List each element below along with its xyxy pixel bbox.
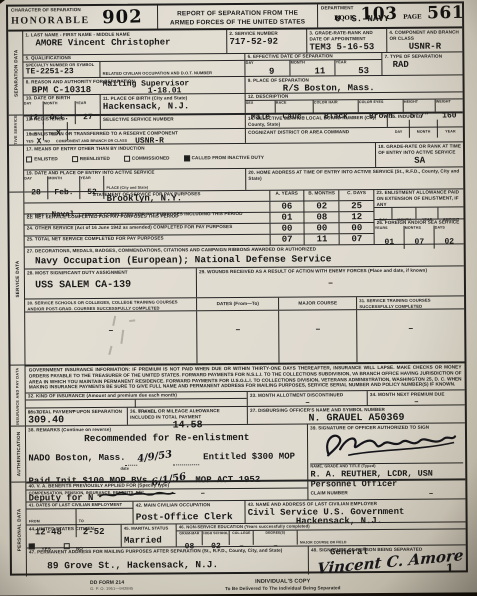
dates-cell: – xyxy=(197,311,279,364)
box-report-title: REPORT OF SEPARATION FROM THE ARMED FORC… xyxy=(158,4,318,28)
box-40-compensation-label: COMPENSATION, PENSION, INSURANCE, BENEFI… xyxy=(29,490,146,500)
box-6-month-label: MONTH xyxy=(291,61,305,66)
box-22-months: 08 xyxy=(304,213,339,223)
box-42-value: Post-Office Clerk xyxy=(136,511,243,523)
box-5-specialty-value: TE-2251-23 xyxy=(26,67,98,77)
box-24-days: 00 xyxy=(339,223,374,233)
title-line2: ARMED FORCES OF THE UNITED STATES xyxy=(161,18,314,28)
rail-personal-data: PERSONAL DATA xyxy=(16,508,21,551)
rail-selective-service-data: SELECTIVE SERVICE DATA xyxy=(14,115,18,145)
box-2-service-number: 2. SERVICE NUMBER 717-52-92 xyxy=(227,30,307,54)
box-12-height-label: HEIGHT xyxy=(404,100,435,105)
box-4-label: 4. COMPONENT AND BRANCH OR CLASS xyxy=(389,30,460,42)
box-7-value: RAD xyxy=(393,59,461,69)
box-46-college-label: COL-LEGE xyxy=(230,530,253,534)
box-28-value: USS SALEM CA-139 xyxy=(35,279,194,291)
box-40-claim-label: CLAIM NUMBER xyxy=(311,491,348,500)
box-16-yes-label: YES xyxy=(26,140,34,145)
box-12-eyes-label: COLOR EYES xyxy=(359,100,403,105)
form-header: CHARACTER OF SEPARATION HONORABLE 902 RE… xyxy=(8,3,462,29)
box-12-color-eyes: COLOR EYESBrown xyxy=(359,100,404,112)
schools-dash: – xyxy=(108,326,113,336)
footer-copy-subtitle: To Be Delivered To The Individual Being … xyxy=(225,585,341,592)
box-10-year-label: YEAR xyxy=(76,101,100,106)
rail-authentication: AUTHENTICATION xyxy=(16,432,21,477)
remarks-line1: Recommended for Re-enlistment xyxy=(28,432,305,445)
box-4-component-branch: 4. COMPONENT AND BRANCH OR CLASS USNR-R xyxy=(387,29,462,53)
box-14-local-board: 14. SELECTIVE SERVICE LOCAL BOARD NUMBER… xyxy=(246,114,388,128)
box-44-label: 44. UNITED STATES CITIZEN xyxy=(29,526,119,532)
box-46-highschool-label: HIGH SCHOOL xyxy=(203,531,229,535)
box-16-reserve-component: 16. ENLISTED IN OR TRANSFERRED TO A RESE… xyxy=(24,129,246,145)
box-42-label: 42. MAIN CIVILIAN OCCUPATION xyxy=(136,502,243,508)
box-22-years: 01 xyxy=(269,213,304,223)
box-48-person-signature: 48. SIGNATURE OF PERSON BEING SEPARATED … xyxy=(309,546,466,575)
box-47-label: 47. PERMANENT ADDRESS FOR MAILING PURPOS… xyxy=(29,548,306,556)
checkbox-called-from-inactive-duty xyxy=(184,155,190,161)
box-31-label: 31. SERVICE TRAINING COURSES SUCCESSFULL… xyxy=(359,298,462,309)
page-label: PAGE xyxy=(403,14,422,21)
box-11-place-of-birth: 11. PLACE OF BIRTH (City and State) Hack… xyxy=(101,94,246,114)
box-46-major-label: MAJOR COURSE OR FIELD xyxy=(300,540,347,544)
book-number: 103 xyxy=(360,4,397,25)
box-12-sex-label: SEX xyxy=(246,101,275,106)
option-called-inactive-label: CALLED FROM INACTIVE DUTY xyxy=(192,155,264,161)
box-26-years-label: YEARS xyxy=(375,226,404,231)
statement-of-service: STATEMENT OF SERVICE FOR PAY PURPOSES A.… xyxy=(24,189,463,247)
box-13-ssn-label: SELECTIVE SERVICE NUMBER xyxy=(103,116,243,123)
box-26-days-label: DAYS xyxy=(435,226,464,231)
box-5-qualifications: 5. QUALIFICATIONS SPECIALTY NUMBER OR SY… xyxy=(24,54,246,78)
box-18-label: 18. GRADE-RATE OR RANK AT TIME OF ENTRY … xyxy=(378,144,461,156)
box-16-no-label: NO xyxy=(44,140,50,145)
box-24-label: 24. OTHER SERVICE (Act of 16 June 1942 a… xyxy=(25,224,269,236)
page-number: 1 xyxy=(446,561,454,575)
box-36-label: 36. TRAVEL OR MILEAGE ALLOWANCE INCLUDED… xyxy=(130,408,245,420)
box-25-months: 11 xyxy=(304,235,339,245)
stamp-book-page: BOOK 103 PAGE 561 xyxy=(334,3,464,25)
box-32-kind-of-insurance: 32. KIND OF INSURANCE (Amount and premiu… xyxy=(26,392,248,408)
box-41-civilian-employment-dates: 41. DATES OF LAST CIVILIAN EMPLOYMENT FR… xyxy=(27,502,134,525)
major-course-cell: – xyxy=(279,310,357,363)
box-27-value: Navy Occupation (European); National Def… xyxy=(35,252,462,266)
box-12-race: RACECauc. xyxy=(276,100,314,112)
col-years-label: A. YEARS xyxy=(269,191,304,201)
box-19-entry-active-service: 19. DATE AND PLACE OF ENTRY INTO ACTIVE … xyxy=(24,169,246,192)
remarks-nado: NADO Boston, Mass. xyxy=(28,453,125,464)
statement-title: STATEMENT OF SERVICE FOR PAY PURPOSES xyxy=(25,191,269,203)
box-19-month-label: MONTH xyxy=(48,176,79,181)
box-10-month-label: MONTH xyxy=(44,101,75,106)
box-4-value: USNR-R xyxy=(389,41,460,51)
box-26-months-label: MONTHS xyxy=(405,226,434,231)
box-30-major-course-header: MAJOR COURSE xyxy=(279,297,357,310)
box-11-value: Hackensack, N.J. xyxy=(103,101,243,112)
box-15-inducted: 15. INDUCTED DAY MONTH YEAR xyxy=(388,114,463,128)
box-46-degrees-label: DEGREE(S) xyxy=(254,530,297,535)
box-23-enlistment-allowance: 23. ENLISTMENT ALLOWANCE PAID ON EXTENSI… xyxy=(374,190,463,221)
training-courses-cell: – xyxy=(357,310,464,363)
rail-insurance-pay-data: INSURANCE AND PAY DATA xyxy=(16,367,20,425)
box-40-claim-dash: – xyxy=(429,490,434,499)
box-6-month: MONTH11 xyxy=(291,60,336,75)
box-6-year-label: YEAR xyxy=(336,60,347,65)
col-months-label: B. MONTHS xyxy=(304,191,339,201)
box-12-weight: WEIGHT160 xyxy=(436,99,463,111)
photo-corner-shadow xyxy=(0,0,18,10)
dates-dash: – xyxy=(235,325,240,335)
box-6-year: YEAR53 xyxy=(336,60,381,75)
box-18-value: SA xyxy=(378,155,461,166)
box-18-grade-at-entry: 18. GRADE-RATE OR RANK AT TIME OF ENTRY … xyxy=(376,143,463,168)
checkbox-enlisted xyxy=(26,156,32,162)
box-35-total-payment: 35. TOTAL PAYMENT UPON SEPARATION 309.40 xyxy=(26,408,128,426)
box-16-cognizant-label: COGNIZANT DISTRICT OR AREA COMMAND xyxy=(248,129,461,136)
box-12-race-label: RACE xyxy=(276,100,313,105)
box-17-label: 17. MEANS OF ENTRY OTHER THAN BY INDUCTI… xyxy=(26,144,373,152)
box-47-value: 89 Grove St., Hackensack, N.J. xyxy=(47,559,306,572)
option-reenlisted-label: REENLISTED xyxy=(80,156,110,162)
box-6-effective-date: 6. EFFECTIVE DATE OF SEPARATION DAY9 MON… xyxy=(246,53,383,76)
rail-separation-data: SEPARATION DATA xyxy=(13,50,18,97)
box-1-value: AMORE Vincent Christopher xyxy=(35,37,224,48)
box-12-hair-label: COLOR HAIR xyxy=(314,100,358,105)
box-21-days: 25 xyxy=(339,201,374,211)
box-37-disbursing-officer: 37. DISBURSING OFFICER'S NAME AND SYMBOL… xyxy=(248,406,465,425)
box-5-specialty: SPECIALTY NUMBER OR SYMBOL TE-2251-23 xyxy=(24,62,101,78)
box-2-value: 717-52-92 xyxy=(229,37,304,48)
box-40-dash: – xyxy=(200,489,205,498)
officer-signature xyxy=(318,430,458,457)
paper-sheet: (unless otherwise indicated) CHARACTER O… xyxy=(0,0,477,596)
box-12-weight-label: WEIGHT xyxy=(436,99,463,104)
box-6-day: DAY9 xyxy=(246,61,291,76)
box-34-next-premium: 34. MONTH NEXT PREMIUM DUE – xyxy=(368,391,465,406)
box-41-from-label: FROM xyxy=(29,519,40,523)
box-9-place-of-separation: 9. PLACE OF SEPARATION R/S Boston, Mass. xyxy=(246,76,463,94)
box-36-travel-allowance: 36. TRAVEL OR MILEAGE ALLOWANCE INCLUDED… xyxy=(128,407,248,425)
box-42-main-civilian-occupation: 42. MAIN CIVILIAN OCCUPATION Post-Office… xyxy=(134,501,246,524)
checkbox-commissioned xyxy=(124,156,130,162)
box-25-years: 07 xyxy=(269,235,304,245)
major-dash: – xyxy=(315,325,320,335)
box-department: DEPARTMENT U. S. NAVY BOOK 103 PAGE 561 xyxy=(318,3,462,27)
box-46-non-service-education: 46. NON-SERVICE EDUCATION (Years success… xyxy=(177,523,466,547)
box-31-training-courses-header: 31. SERVICE TRAINING COURSES SUCCESSFULL… xyxy=(357,297,464,310)
box-3-label: 3. GRADE-RATE-RANK AND DATE OF APPOINTME… xyxy=(309,30,384,42)
box-39-officer-signature: 39. SIGNATURE OF OFFICER AUTHORIZED TO S… xyxy=(308,424,465,480)
box-7-type-of-separation: 7. TYPE OF SEPARATION RAD xyxy=(383,53,463,76)
box-40-va-benefits: 40. V. A. BENEFITS PREVIOUSLY APPLIED FO… xyxy=(27,482,309,502)
box-12-description: 12. DESCRIPTION SEXMale RACECauc. COLOR … xyxy=(246,93,463,114)
option-commissioned-label: COMMISSIONED xyxy=(132,156,170,162)
box-29-label: 29. WOUNDS RECEIVED AS A RESULT OF ACTIO… xyxy=(199,268,462,276)
dd-form-214: CHARACTER OF SEPARATION HONORABLE 902 RE… xyxy=(6,1,468,575)
box-24-years: 00 xyxy=(269,224,304,234)
box-28-label: 28. MOST SIGNIFICANT DUTY ASSIGNMENT xyxy=(27,270,194,277)
schools-cell: – xyxy=(25,312,197,365)
box-22-days: 12 xyxy=(339,212,374,222)
box-17-means-of-entry: 17. MEANS OF ENTRY OTHER THAN BY INDUCTI… xyxy=(24,143,376,169)
box-character-of-separation: CHARACTER OF SEPARATION HONORABLE 902 xyxy=(8,6,158,30)
option-enlisted-label: ENLISTED xyxy=(34,156,58,162)
stamp-902: 902 xyxy=(102,6,143,28)
box-19-day-label: DAY xyxy=(24,176,47,181)
box-13-registered: 13. REGISTERED YES NOX xyxy=(24,116,101,130)
box-20-home-address: 20. HOME ADDRESS AT TIME OF ENTRY INTO A… xyxy=(246,168,463,191)
box-22-label: 22. NET SERVICE COMPLETED FOR PAY PURPOS… xyxy=(25,213,269,225)
col-days-label: C. DAYS xyxy=(339,190,374,200)
box-3-value: TEM3 5-16-53 xyxy=(309,42,384,53)
remarks-hand-date: 4/9/53 xyxy=(137,449,173,465)
box-27-decorations: 27. DECORATIONS, MEDALS, BADGES, COMMEND… xyxy=(25,245,464,269)
form-footer: 1 DD FORM 214 G. P. O. 1951—942845 INDIV… xyxy=(10,574,468,596)
book-label: BOOK xyxy=(334,15,355,22)
box-13-selective-service-number: SELECTIVE SERVICE NUMBER xyxy=(101,115,246,129)
box-30-dates-header: DATES (From—To) xyxy=(197,298,279,311)
box-1-name: 1. LAST NAME - FIRST NAME - MIDDLE NAME … xyxy=(23,30,227,54)
training-dash: – xyxy=(408,324,413,334)
box-45-marital-status: 45. MARITAL STATUS Married xyxy=(122,525,177,547)
box-47-permanent-address: 47. PERMANENT ADDRESS FOR MAILING PURPOS… xyxy=(27,547,309,577)
rail-service-data: SERVICE DATA xyxy=(14,260,19,297)
box-33-allotment-discontinued: 33. MONTH ALLOTMENT DISCONTINUED – xyxy=(248,391,368,406)
box-12-color-hair: COLOR HAIRBlack xyxy=(314,100,359,112)
box-5-related-occupation: RELATED CIVILIAN OCCUPATION AND D.O.T. N… xyxy=(101,61,245,77)
box-28-duty-assignment: 28. MOST SIGNIFICANT DUTY ASSIGNMENT USS… xyxy=(25,269,197,299)
remarks-entitled: Entitled $300 MOP xyxy=(203,452,295,463)
box-46-grammar-label: GRAM-MAR xyxy=(177,531,202,535)
box-30-label: 30. SERVICE SCHOOLS OR COLLEGES, COLLEGE… xyxy=(27,300,194,312)
box-10-date-of-birth: 10. DATE OF BIRTH DAY12 MONTHOct. YEAR27 xyxy=(24,95,101,115)
box-16-cognizant-district: COGNIZANT DISTRICT OR AREA COMMAND xyxy=(246,128,463,144)
box-25-days: 07 xyxy=(339,234,374,244)
box-20-label: 20. HOME ADDRESS AT TIME OF ENTRY INTO A… xyxy=(248,169,461,182)
box-29-dash: – xyxy=(199,277,462,289)
box-21-years: 06 xyxy=(269,202,304,212)
checkbox-reenlisted xyxy=(72,156,78,162)
box-29-wounds: 29. WOUNDS RECEIVED AS A RESULT OF ACTIO… xyxy=(197,267,464,298)
box-10-day-label: DAY xyxy=(24,101,43,106)
schools-table-body: – – – – xyxy=(25,309,464,365)
box-6-day-label: DAY xyxy=(246,61,254,66)
box-3-grade-rate-rank: 3. GRADE-RATE-RANK AND DATE OF APPOINTME… xyxy=(307,29,387,53)
box-8-reason-authority: 8. REASON AND AUTHORITY FOR SEPARATION B… xyxy=(24,77,246,95)
box-5-related-label: RELATED CIVILIAN OCCUPATION AND D.O.T. N… xyxy=(103,70,213,76)
box-40-claim-number: CLAIM NUMBER – xyxy=(309,481,466,500)
scanned-document-photo: (unless otherwise indicated) CHARACTER O… xyxy=(0,0,477,596)
box-14-label: 14. SELECTIVE SERVICE LOCAL BOARD NUMBER… xyxy=(248,115,385,127)
box-19-place-label: PLACE (City and State) xyxy=(106,186,148,190)
box-41-to-label: TO xyxy=(79,519,84,523)
page-number: 561 xyxy=(427,3,464,24)
box-21-months: 02 xyxy=(304,202,339,212)
box-23-label: 23. ENLISTMENT ALLOWANCE PAID ON EXTENSI… xyxy=(374,190,463,208)
box-12-height: HEIGHT5'7" xyxy=(404,100,436,112)
insurance-notice: GOVERNMENT INSURANCE INFORMATION: IF PRE… xyxy=(26,364,465,393)
box-45-value: Married xyxy=(124,535,174,545)
footer-gpo: G. P. O. 1951—942845 xyxy=(90,586,133,591)
box-43-last-civilian-employer: 43. NAME AND ADDRESS OF LAST CIVILIAN EM… xyxy=(246,500,466,524)
box-44-us-citizen: 44. UNITED STATES CITIZEN YES NO xyxy=(27,525,122,548)
box-12-sex: SEXMale xyxy=(246,101,276,113)
box-19-year-label: YEAR xyxy=(80,176,103,181)
box-24-months: 00 xyxy=(304,224,339,234)
box-45-label: 45. MARITAL STATUS xyxy=(124,526,174,532)
box-38-remarks: 38. REMARKS (Continue on reverse) Recomm… xyxy=(26,425,308,482)
